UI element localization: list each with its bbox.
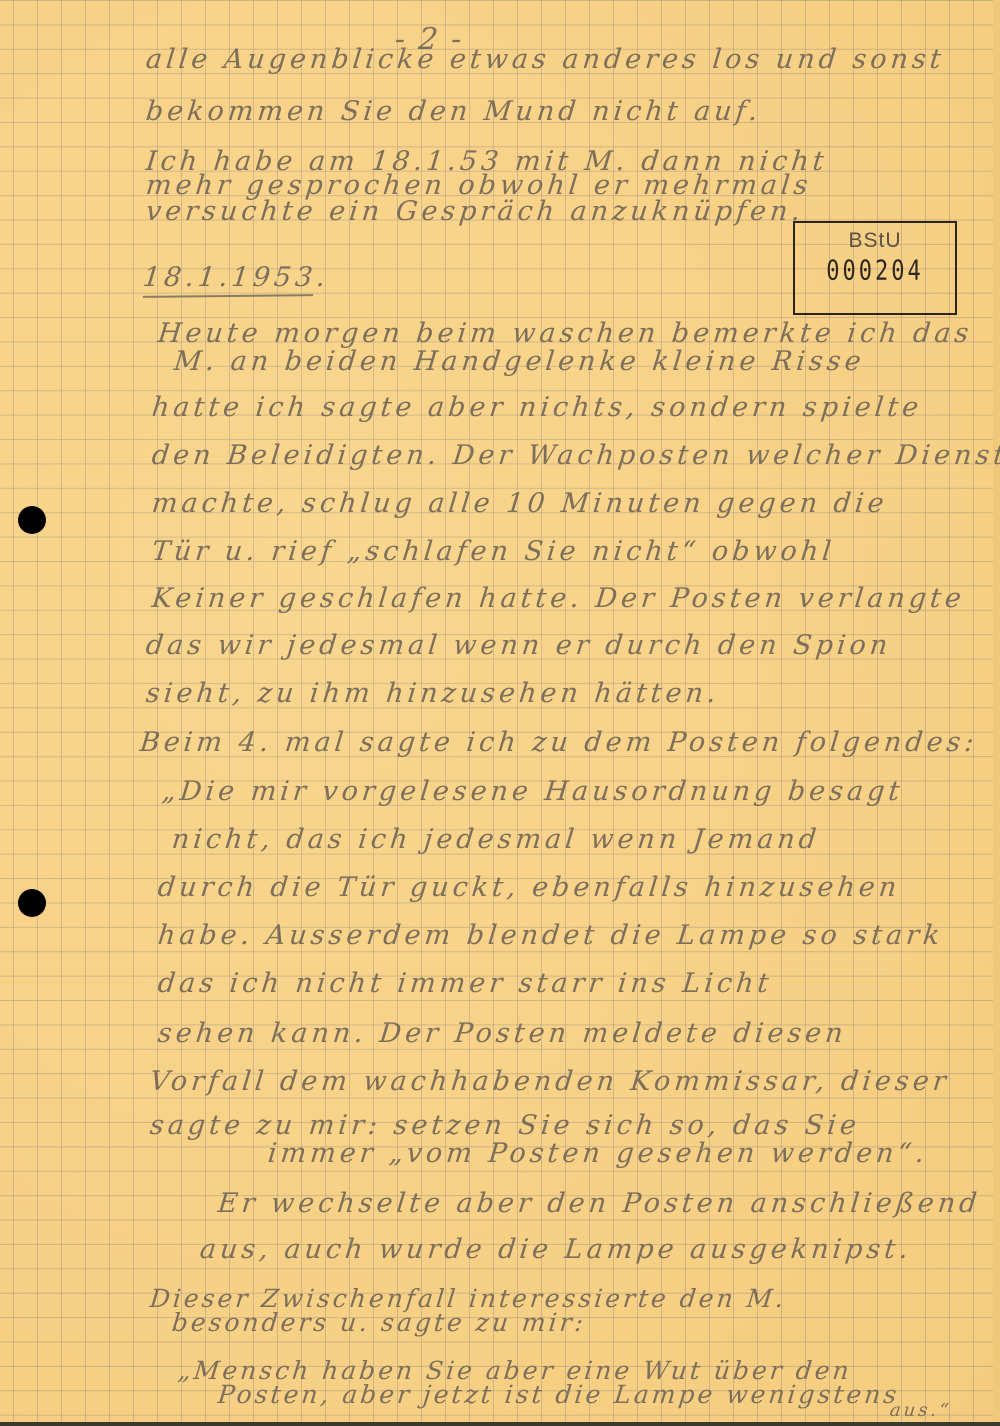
text-line: aus.“ bbox=[889, 1400, 953, 1421]
text-line: den Beleidigten. Der Wachposten welcher … bbox=[150, 440, 1000, 471]
page-bottom-edge bbox=[0, 1422, 1000, 1426]
text-line: nicht, das ich jedesmal wenn Jemand bbox=[170, 824, 821, 855]
text-line: sagte zu mir: setzen Sie sich so, das Si… bbox=[148, 1110, 861, 1141]
text-line: das wir jedesmal wenn er durch den Spion bbox=[144, 630, 893, 661]
text-line: alle Augenblicke etwas anderes los und s… bbox=[144, 44, 946, 75]
text-line: Posten, aber jetzt ist die Lampe wenigst… bbox=[216, 1380, 900, 1409]
text-line: sehen kann. Der Posten meldete diesen bbox=[156, 1018, 848, 1049]
text-line: Vorfall dem wachhabenden Kommissar, dies… bbox=[148, 1066, 951, 1097]
text-line: habe. Ausserdem blendet die Lampe so sta… bbox=[156, 920, 945, 951]
text-line: sieht, zu ihm hinzusehen hätten. bbox=[144, 678, 721, 709]
date-heading: 18.1.1953. bbox=[141, 262, 330, 293]
text-line: immer „vom Posten gesehen werden“. bbox=[266, 1138, 929, 1169]
text-line: M. an beiden Handgelenke kleine Risse bbox=[172, 346, 866, 377]
punch-hole-bottom bbox=[18, 889, 46, 917]
text-line: Beim 4. mal sagte ich zu dem Posten folg… bbox=[138, 727, 979, 758]
stamp-number: 000204 bbox=[795, 256, 955, 287]
stamp-agency: BStU bbox=[795, 229, 955, 253]
punch-hole-top bbox=[18, 506, 46, 534]
text-line: bekommen Sie den Mund nicht auf. bbox=[144, 96, 763, 127]
text-line: „Die mir vorgelesene Hausordnung besagt bbox=[160, 776, 905, 807]
text-line: besonders u. sagte zu mir: bbox=[170, 1308, 587, 1337]
text-line: Keiner geschlafen hatte. Der Posten verl… bbox=[150, 583, 966, 614]
text-line: versuchte ein Gespräch anzuknüpfen. bbox=[144, 196, 805, 227]
text-line: das ich nicht immer starr ins Licht bbox=[156, 968, 774, 999]
page-edge bbox=[993, 0, 1000, 1426]
text-line: Tür u. rief „schlafen Sie nicht“ obwohl bbox=[150, 536, 836, 567]
text-line: machte, schlug alle 10 Minuten gegen die bbox=[150, 488, 889, 519]
text-line: Heute morgen beim waschen bemerkte ich d… bbox=[156, 318, 974, 349]
text-line: Er wechselte aber den Posten anschließen… bbox=[216, 1188, 982, 1219]
text-line: hatte ich sagte aber nichts, sondern spi… bbox=[150, 392, 924, 423]
text-line: durch die Tür guckt, ebenfalls hinzusehe… bbox=[156, 872, 902, 903]
text-line: aus, auch wurde die Lampe ausgeknipst. bbox=[198, 1234, 913, 1265]
archive-stamp: BStU 000204 bbox=[793, 221, 957, 315]
